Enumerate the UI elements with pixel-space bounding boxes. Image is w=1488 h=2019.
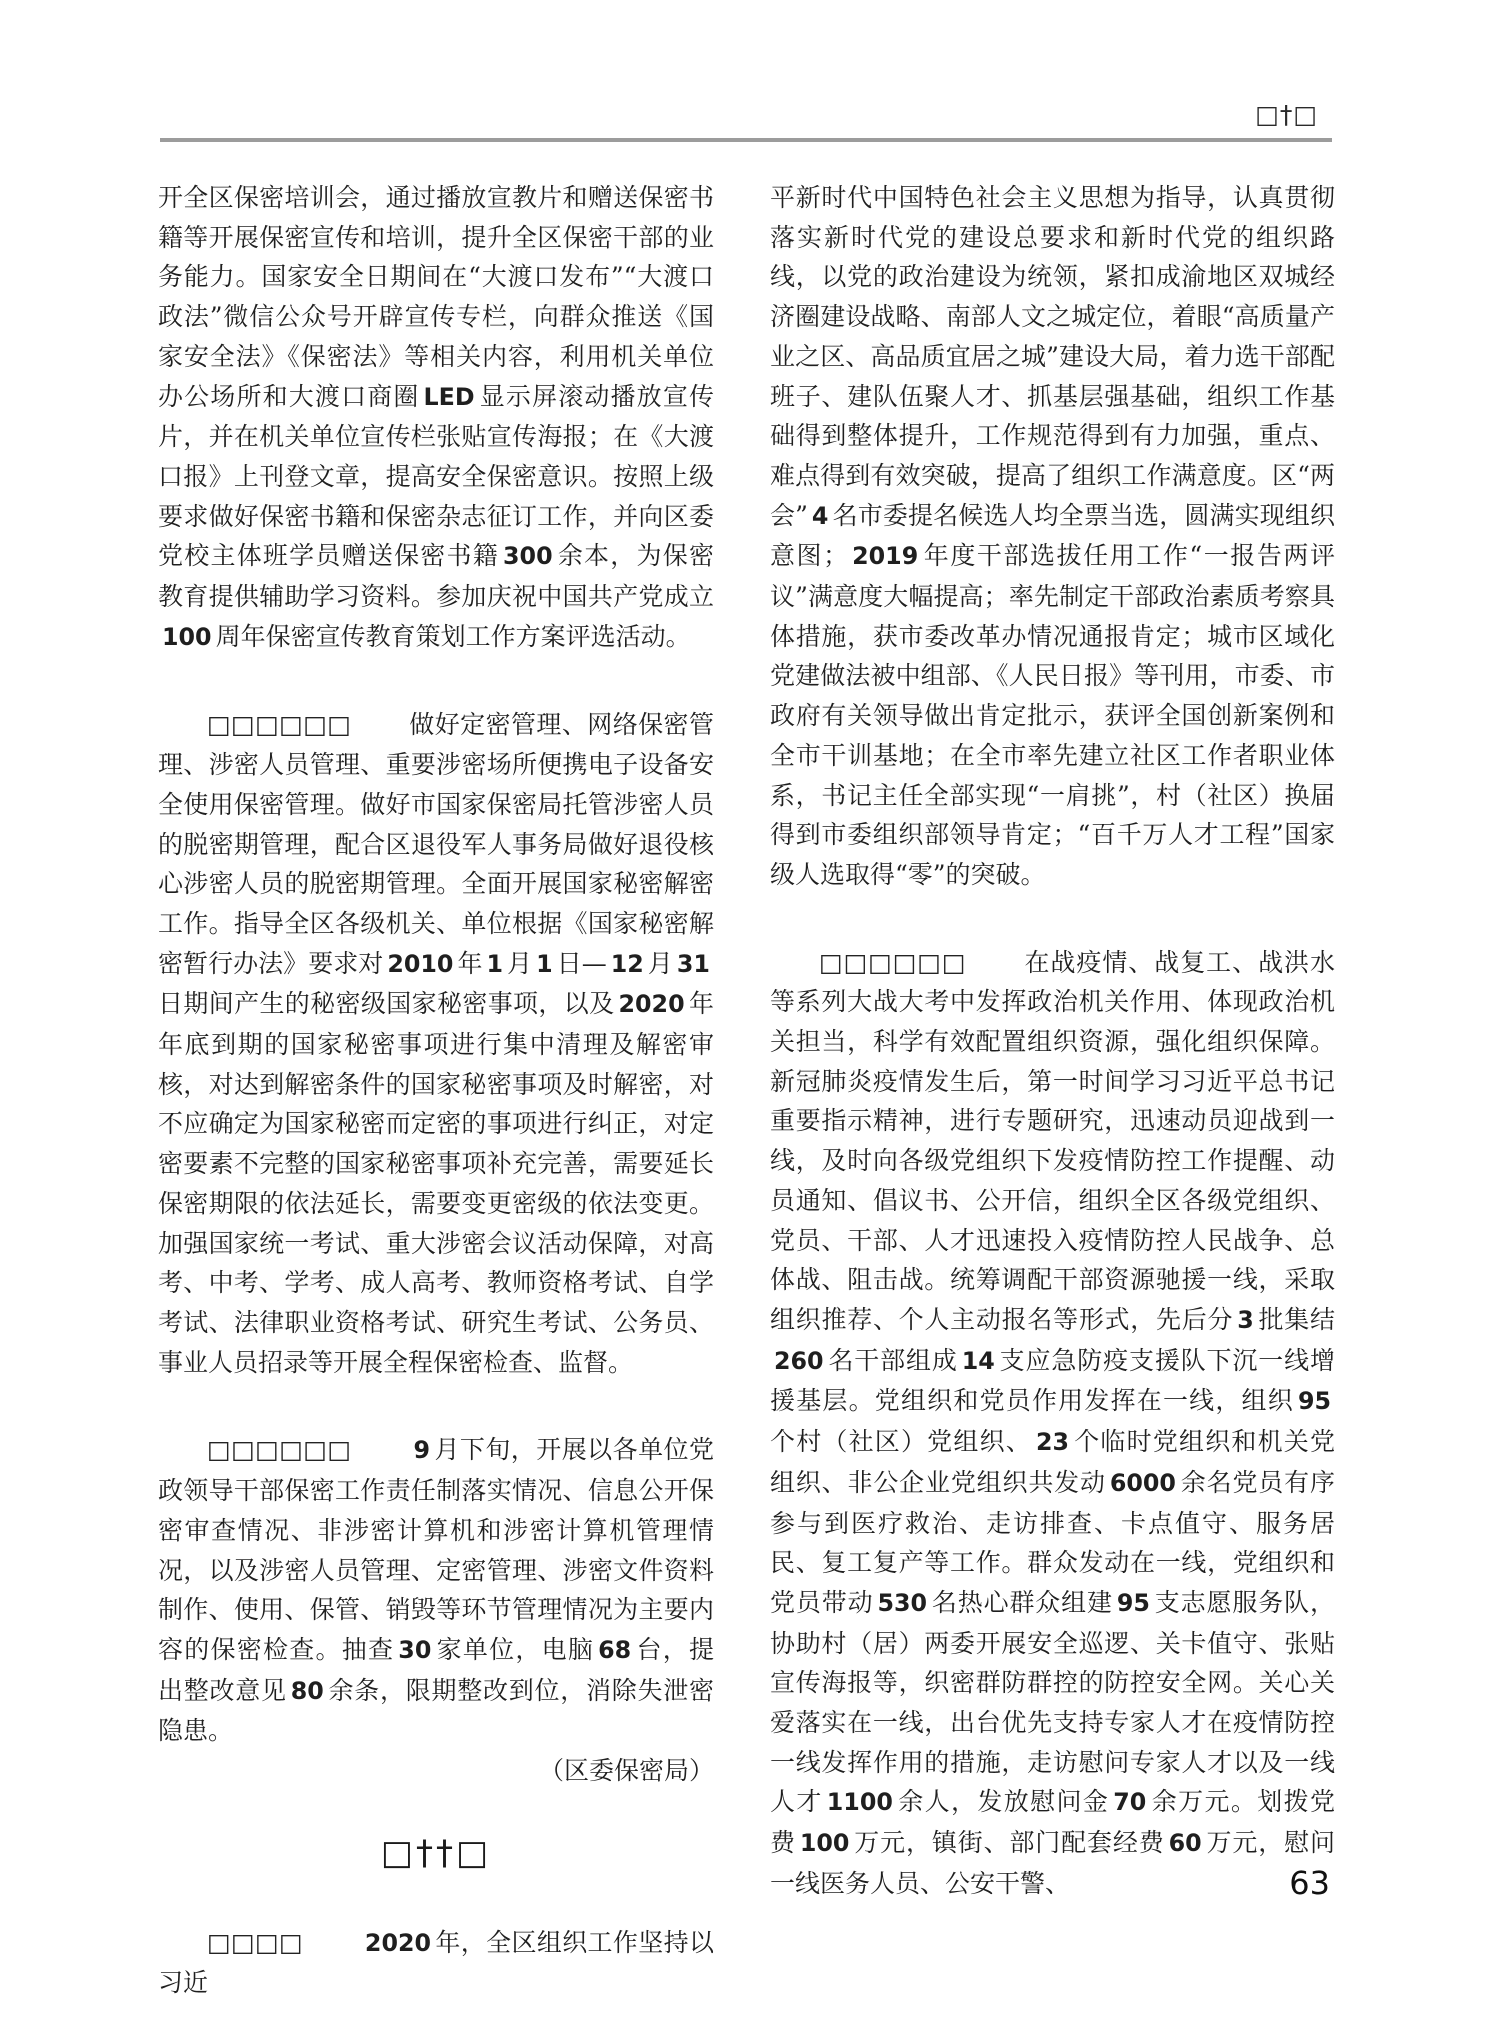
text-run: 月下旬，开展以各单位党政领导干部保密工作责任制落实情况、信息公开保密审查情况、非… bbox=[158, 1435, 714, 1664]
tofu-subheading: □□□□ bbox=[207, 1928, 303, 1957]
text-run: 开全区保密培训会，通过播放宣教片和赠送保密书籍等开展保密宣传和培训，提升全区保密… bbox=[158, 183, 714, 411]
page-number: 63 bbox=[1289, 1864, 1330, 1902]
text-run: 万元，镇街、部门配套经费 bbox=[853, 1828, 1164, 1857]
numeral: 1 bbox=[483, 950, 508, 978]
numeral: 2020 bbox=[615, 990, 689, 1018]
text-run: 月 bbox=[507, 949, 532, 978]
numeral: LED bbox=[420, 383, 479, 411]
text-run: 年度干部选拔任用工作“一报告两评议”满意度大幅提高；率先制定干部政治素质考察具体… bbox=[770, 541, 1335, 889]
tofu-subheading: □□□□□□ bbox=[207, 710, 351, 739]
numeral: 80 bbox=[287, 1677, 328, 1705]
numeral: 300 bbox=[499, 542, 557, 570]
running-head-tofu-glyphs: □†□ bbox=[1255, 100, 1318, 129]
paragraph: 平新时代中国特色社会主义思想为指导，认真贯彻落实新时代党的建设总要求和新时代党的… bbox=[770, 178, 1335, 895]
paragraph: □□□□□□在战疫情、战复工、战洪水等系列大战大考中发挥政治机关作用、体现政治机… bbox=[770, 943, 1335, 1904]
numeral: 3 bbox=[1233, 1306, 1258, 1334]
text-run: 批集结 bbox=[1258, 1305, 1335, 1334]
numeral: 60 bbox=[1165, 1829, 1206, 1857]
numeral: 4 bbox=[808, 502, 833, 530]
numeral: 2020 bbox=[361, 1929, 435, 1957]
paragraph: □□□□□□9月下旬，开展以各单位党政领导干部保密工作责任制落实情况、信息公开保… bbox=[158, 1430, 714, 1751]
numeral: 9 bbox=[409, 1436, 434, 1464]
numeral: 260 bbox=[770, 1347, 828, 1375]
document-page: □†□ 开全区保密培训会，通过播放宣教片和赠送保密书籍等开展保密宣传和培训，提升… bbox=[0, 0, 1488, 2019]
numeral: 6000 bbox=[1106, 1469, 1180, 1497]
text-run: 在战疫情、战复工、战洪水等系列大战大考中发挥政治机关作用、体现政治机关担当，科学… bbox=[770, 948, 1335, 1334]
left-text-column: 开全区保密培训会，通过播放宣教片和赠送保密书籍等开展保密宣传和培训，提升全区保密… bbox=[158, 178, 714, 2003]
text-run: 日— bbox=[557, 949, 607, 978]
paragraph: 开全区保密培训会，通过播放宣教片和赠送保密书籍等开展保密宣传和培训，提升全区保密… bbox=[158, 178, 714, 657]
text-run: 做好定密管理、网络保密管理、涉密人员管理、重要涉密场所便携电子设备安全使用保密管… bbox=[158, 710, 714, 977]
numeral: 1 bbox=[532, 950, 557, 978]
text-run: 余人，发放慰问金 bbox=[897, 1787, 1109, 1816]
text-run: 名热心群众组建 bbox=[931, 1588, 1113, 1617]
numeral: 1100 bbox=[823, 1788, 897, 1816]
text-run: 周年保密宣传教育策划工作方案评选活动。 bbox=[216, 622, 691, 651]
section-title-tofu: □††□ bbox=[158, 1831, 714, 1875]
header-rule bbox=[160, 138, 1332, 142]
numeral: 14 bbox=[958, 1347, 999, 1375]
paragraph: □□□□2020年，全区组织工作坚持以习近 bbox=[158, 1923, 714, 2003]
text-run: 月 bbox=[648, 949, 673, 978]
text-run: 平新时代中国特色社会主义思想为指导，认真贯彻落实新时代党的建设总要求和新时代党的… bbox=[770, 183, 1335, 530]
text-run: 支志愿服务队，协助村（居）两委开展安全巡逻、关卡值守、张贴宣传海报等，织密群防群… bbox=[770, 1588, 1335, 1817]
numeral: 23 bbox=[1032, 1428, 1073, 1456]
numeral: 95 bbox=[1113, 1589, 1154, 1617]
attribution: （区委保密局） bbox=[158, 1751, 714, 1791]
numeral: 30 bbox=[394, 1636, 435, 1664]
numeral: 100 bbox=[158, 623, 216, 651]
tofu-subheading: □□□□□□ bbox=[819, 948, 966, 977]
text-run: 名干部组成 bbox=[828, 1346, 958, 1375]
numeral: 95 bbox=[1294, 1387, 1335, 1415]
numeral: 68 bbox=[594, 1636, 635, 1664]
numeral: 2019 bbox=[848, 542, 922, 570]
numeral: 2010 bbox=[383, 950, 457, 978]
numeral: 12 bbox=[607, 950, 648, 978]
text-run: 年 bbox=[457, 949, 482, 978]
right-text-column: 平新时代中国特色社会主义思想为指导，认真贯彻落实新时代党的建设总要求和新时代党的… bbox=[770, 178, 1335, 1904]
text-run: 日期间产生的秘密级国家秘密事项，以及 bbox=[158, 989, 615, 1018]
tofu-subheading: □□□□□□ bbox=[207, 1435, 351, 1464]
numeral: 100 bbox=[796, 1829, 854, 1857]
numeral: 530 bbox=[873, 1589, 931, 1617]
text-run: 个村（社区）党组织、 bbox=[770, 1427, 1032, 1456]
numeral: 31 bbox=[673, 950, 714, 978]
text-run: 家单位，电脑 bbox=[435, 1635, 594, 1664]
paragraph: □□□□□□做好定密管理、网络保密管理、涉密人员管理、重要涉密场所便携电子设备安… bbox=[158, 705, 714, 1382]
text-run: 年年底到期的国家秘密事项进行集中清理及解密审核，对达到解密条件的国家秘密事项及时… bbox=[158, 989, 714, 1376]
numeral: 70 bbox=[1109, 1788, 1150, 1816]
